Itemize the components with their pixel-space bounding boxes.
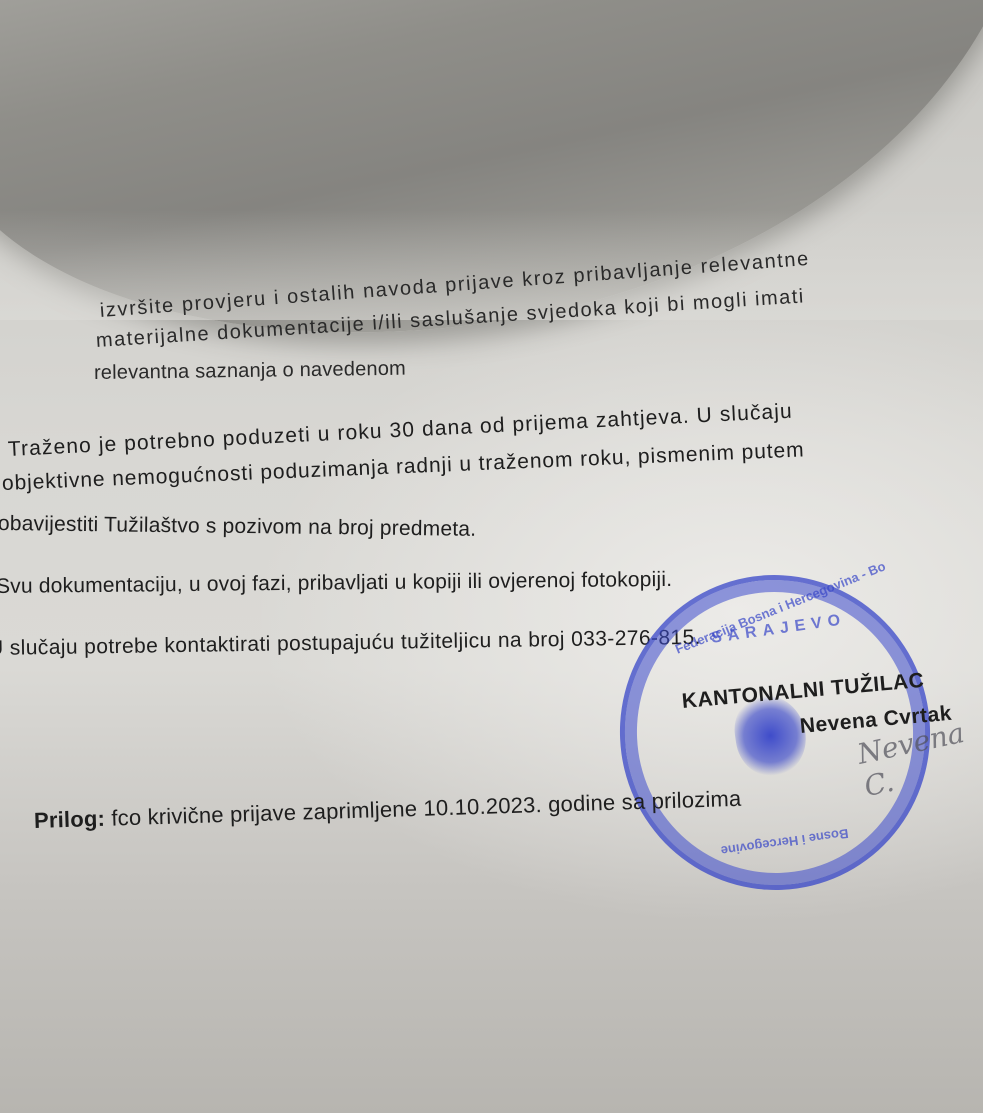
- paragraph-4: U slučaju potrebe kontaktirati postupaju…: [0, 626, 701, 661]
- stamp-top-text: Federacija Bosna i Hercegovina - Bo: [673, 558, 888, 656]
- attachment-line: Prilog: fco krivične prijave zaprimljene…: [34, 786, 742, 834]
- stamp-bottom-text: Bosne i Hercegovine: [720, 826, 849, 859]
- paragraph-3: Svu dokumentaciju, u ovoj fazi, pribavlj…: [0, 568, 672, 599]
- attachment-text: fco krivične prijave zaprimljene 10.10.2…: [111, 786, 742, 831]
- stamp-city: SARAJEVO: [710, 611, 847, 648]
- attachment-label: Prilog:: [34, 806, 106, 833]
- document-page: izvršite provjeru i ostalih navoda prija…: [0, 0, 983, 1113]
- paragraph-2-line-3: obavijestiti Tužilaštvo s pozivom na bro…: [0, 512, 476, 542]
- paragraph-1-line-3: relevantna saznanja o navedenom: [94, 358, 406, 385]
